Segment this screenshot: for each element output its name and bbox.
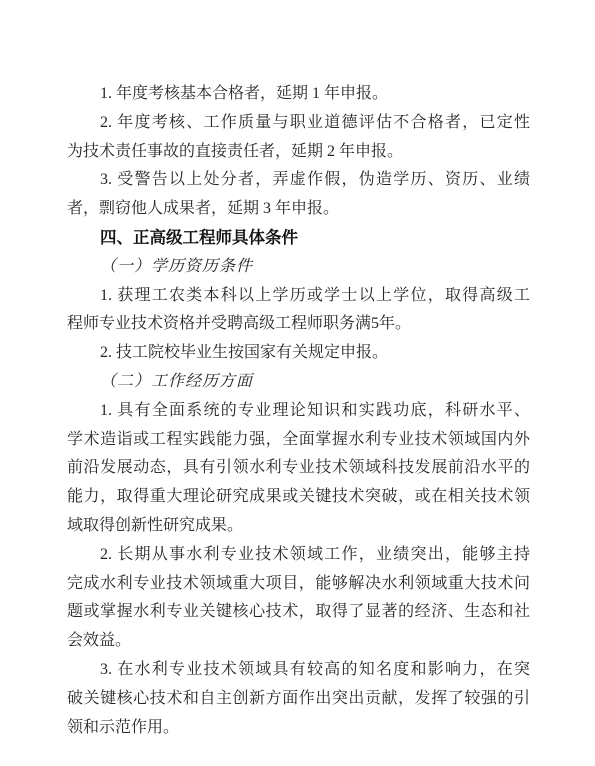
paragraph-line: 完成水利专业技术领域重大项目，能够解决水利领域重大技术问 bbox=[67, 570, 530, 599]
paragraph-line: 题或掌握水利专业关键核心技术，取得了显著的经济、生态和社 bbox=[67, 598, 530, 627]
paragraph-line: 3. 在水利专业技术领域具有较高的知名度和影响力，在突 bbox=[67, 656, 530, 685]
document-page: 1. 年度考核基本合格者，延期 1 年申报。 2. 年度考核、工作质量与职业道德… bbox=[0, 0, 595, 766]
paragraph-line: 2. 长期从事水利专业技术领域工作，业绩突出，能够主持 bbox=[67, 541, 530, 570]
paragraph-line: 3. 受警告以上处分者，弄虚作假，伪造学历、资历、业绩 bbox=[67, 166, 530, 195]
paragraph-line: 1. 获理工农类本科以上学历或学士以上学位，取得高级工 bbox=[67, 282, 530, 311]
paragraph-line: 学术造诣或工程实践能力强，全面掌握水利专业技术领域国内外 bbox=[67, 426, 530, 455]
paragraph-line: 会效益。 bbox=[67, 627, 530, 656]
paragraph-line: 破关键核心技术和自主创新方面作出突出贡献，发挥了较强的引 bbox=[67, 685, 530, 714]
subsection-heading: （二）工作经历方面 bbox=[67, 368, 530, 397]
paragraph-line: 者，剽窃他人成果者，延期 3 年申报。 bbox=[67, 195, 530, 224]
paragraph-line: 能力，取得重大理论研究成果或关键技术突破，或在相关技术领 bbox=[67, 483, 530, 512]
paragraph-line: 域取得创新性研究成果。 bbox=[67, 512, 530, 541]
paragraph-line: 程师专业技术资格并受聘高级工程师职务满5年。 bbox=[67, 310, 530, 339]
paragraph-line: 2. 年度考核、工作质量与职业道德评估不合格者，已定性 bbox=[67, 109, 530, 138]
paragraph-line: 前沿发展动态，具有引领水利专业技术领域科技发展前沿水平的 bbox=[67, 454, 530, 483]
paragraph-line: 2. 技工院校毕业生按国家有关规定申报。 bbox=[67, 339, 530, 368]
paragraph-line: 1. 年度考核基本合格者，延期 1 年申报。 bbox=[67, 80, 530, 109]
paragraph-line: 领和示范作用。 bbox=[67, 714, 530, 743]
paragraph-line: 为技术责任事故的直接责任者，延期 2 年申报。 bbox=[67, 138, 530, 167]
document-content: 1. 年度考核基本合格者，延期 1 年申报。 2. 年度考核、工作质量与职业道德… bbox=[67, 80, 530, 742]
chapter-heading: 四、正高级工程师具体条件 bbox=[67, 224, 530, 253]
paragraph-line: 1. 具有全面系统的专业理论知识和实践功底，科研水平、 bbox=[67, 397, 530, 426]
subsection-heading: （一）学历资历条件 bbox=[67, 253, 530, 282]
